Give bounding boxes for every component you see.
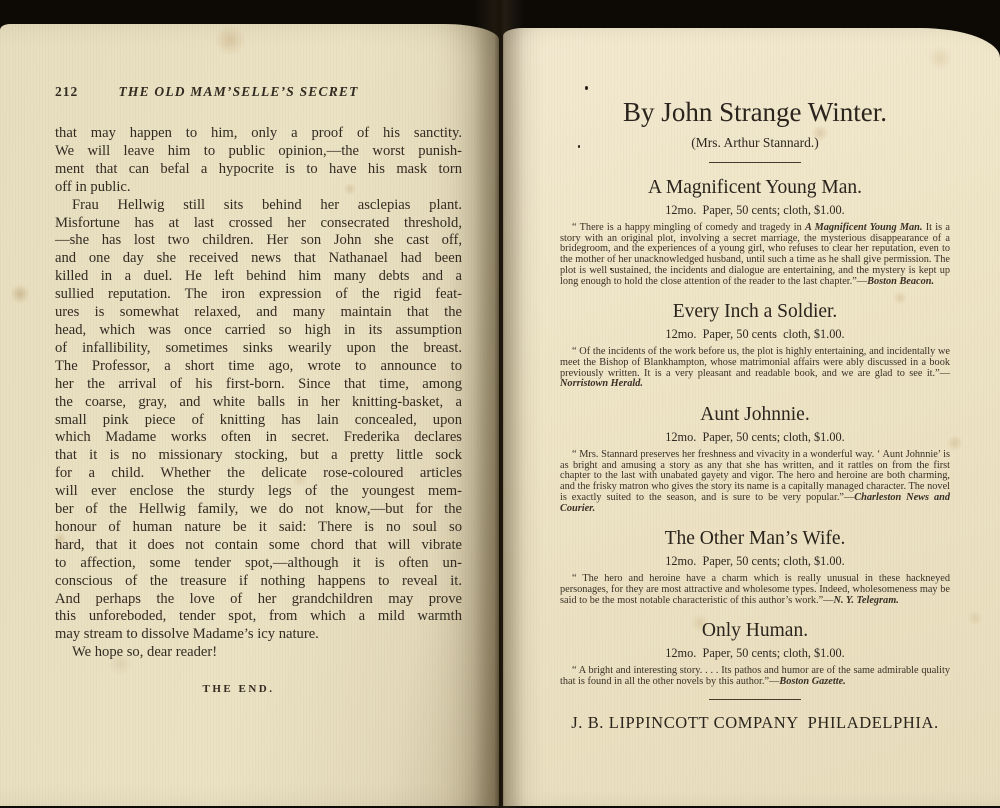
book-listing: A Magnificent Young Man.12mo. Paper, 50 …	[560, 176, 950, 287]
paragraph: that may happen to him, only a proof of …	[55, 125, 462, 197]
book-price: 12mo. Paper, 50 cents; cloth, $1.00.	[560, 646, 950, 661]
review-emphasis: A Magnificent Young Man.	[805, 222, 922, 233]
ink-speck	[585, 86, 588, 90]
book-review: “ There is a happy mingling of comedy an…	[560, 223, 950, 287]
book-listing: The Other Man’s Wife.12mo. Paper, 50 cen…	[560, 527, 950, 606]
book-review: “ Of the incidents of the work before us…	[560, 347, 950, 390]
ink-speck	[610, 268, 612, 270]
review-text: “ There is a happy mingling of comedy an…	[572, 222, 805, 233]
review-text: “ A bright and interesting story. . . . …	[560, 665, 950, 687]
page-number: 212	[55, 84, 78, 100]
text-line: to affection, some tender spot,—although…	[55, 555, 462, 573]
text-line: which Madame works often in secret. Fred…	[55, 429, 462, 447]
book-title: Only Human.	[560, 619, 950, 643]
text-line: that it is no missionary stocking, but a…	[55, 447, 462, 465]
paragraph: We hope so, dear reader!	[55, 644, 462, 662]
left-page: 212 THE OLD MAM’SELLE’S SECRET that may …	[0, 24, 499, 806]
text-line: head, which was once carried so high in …	[55, 322, 462, 340]
left-page-body: that may happen to him, only a proof of …	[55, 125, 462, 662]
text-line: —she has lost two children. Her son John…	[55, 232, 462, 250]
book-title: A Magnificent Young Man.	[560, 176, 950, 200]
review-emphasis: Norristown Herald.	[560, 378, 643, 389]
text-line: ures is somewhat relaxed, and many maint…	[55, 304, 462, 322]
text-line: off in public.	[55, 179, 462, 197]
book-listing: Aunt Johnnie.12mo. Paper, 50 cents; clot…	[560, 403, 950, 514]
author-title: By John Strange Winter.	[560, 96, 950, 128]
book-listing: Every Inch a Soldier.12mo. Paper, 50 cen…	[560, 300, 950, 390]
text-line: We hope so, dear reader!	[55, 644, 462, 662]
review-text: “ Of the incidents of the work before us…	[560, 346, 950, 378]
text-line: Misfortune has at last crossed her conse…	[55, 215, 462, 233]
book-title: Every Inch a Soldier.	[560, 300, 950, 324]
book-review: “ Mrs. Stannard preserves her freshness …	[560, 450, 950, 514]
book-review: “ The hero and heroine have a charm whic…	[560, 574, 950, 606]
text-line: for a child. Whether the delicate rose-c…	[55, 465, 462, 483]
text-line: honour of human nature be it said: There…	[55, 519, 462, 537]
text-line: conscious of the treasure if nothing hap…	[55, 573, 462, 591]
text-line: her the arrival of his first-born. Since…	[55, 376, 462, 394]
text-line: Frau Hellwig still sits behind her ascle…	[55, 197, 462, 215]
text-line: And perhaps the love of her grandchildre…	[55, 591, 462, 609]
running-title: THE OLD MAM’SELLE’S SECRET	[55, 84, 462, 100]
right-page-content: By John Strange Winter. (Mrs. Arthur Sta…	[503, 28, 1000, 733]
book-title: The Other Man’s Wife.	[560, 527, 950, 551]
paragraph: Frau Hellwig still sits behind her ascle…	[55, 197, 462, 645]
book-listings: A Magnificent Young Man.12mo. Paper, 50 …	[560, 176, 950, 688]
ink-speck	[578, 145, 580, 148]
text-line: hard, that it does not contain some chor…	[55, 537, 462, 555]
book-price: 12mo. Paper, 50 cents; cloth, $1.00.	[560, 203, 950, 218]
text-line: ment that can befal a hypocrite is to ha…	[55, 161, 462, 179]
review-emphasis: Boston Beacon.	[867, 276, 934, 287]
text-line: may stream to dissolve Madame’s icy natu…	[55, 626, 462, 644]
text-line: will ever enclose the sturdy legs of the…	[55, 483, 462, 501]
text-line: ber of the Hellwig family, we do not kno…	[55, 501, 462, 519]
book-price: 12mo. Paper, 50 cents; cloth, $1.00.	[560, 430, 950, 445]
publisher-imprint: J. B. LIPPINCOTT COMPANY PHILADELPHIA.	[560, 713, 950, 733]
book-review: “ A bright and interesting story. . . . …	[560, 666, 950, 687]
text-line: small pink piece of knitting has lain co…	[55, 412, 462, 430]
left-page-content: 212 THE OLD MAM’SELLE’S SECRET that may …	[0, 24, 499, 695]
text-line: The Professor, a short time ago, wrote t…	[55, 358, 462, 376]
the-end-label: THE END.	[55, 683, 462, 695]
text-line: sullied reputation. The iron expression …	[55, 286, 462, 304]
divider-rule-bottom	[709, 699, 801, 700]
text-line: killed in a duel. He left behind him man…	[55, 268, 462, 286]
text-line: and one day she received news that Natha…	[55, 250, 462, 268]
right-page: By John Strange Winter. (Mrs. Arthur Sta…	[503, 28, 1000, 806]
left-page-header: 212 THE OLD MAM’SELLE’S SECRET	[55, 84, 462, 104]
text-line: the coarse, gray, and white balls in her…	[55, 394, 462, 412]
text-line: that may happen to him, only a proof of …	[55, 125, 462, 143]
book-spread-photo: 212 THE OLD MAM’SELLE’S SECRET that may …	[0, 0, 1000, 808]
author-subtitle: (Mrs. Arthur Stannard.)	[560, 135, 950, 151]
review-emphasis: N. Y. Telegram.	[833, 595, 898, 606]
text-line: of infallibility, sometimes sinks wearil…	[55, 340, 462, 358]
book-price: 12mo. Paper, 50 cents cloth, $1.00.	[560, 327, 950, 342]
text-line: We will leave him to public opinion,—the…	[55, 143, 462, 161]
book-price: 12mo. Paper, 50 cents; cloth, $1.00.	[560, 554, 950, 569]
review-emphasis: Boston Gazette.	[779, 676, 845, 687]
text-line: this unforeboded, tender spot, from whic…	[55, 608, 462, 626]
book-title: Aunt Johnnie.	[560, 403, 950, 427]
book-listing: Only Human.12mo. Paper, 50 cents; cloth,…	[560, 619, 950, 687]
divider-rule-top	[709, 162, 801, 163]
